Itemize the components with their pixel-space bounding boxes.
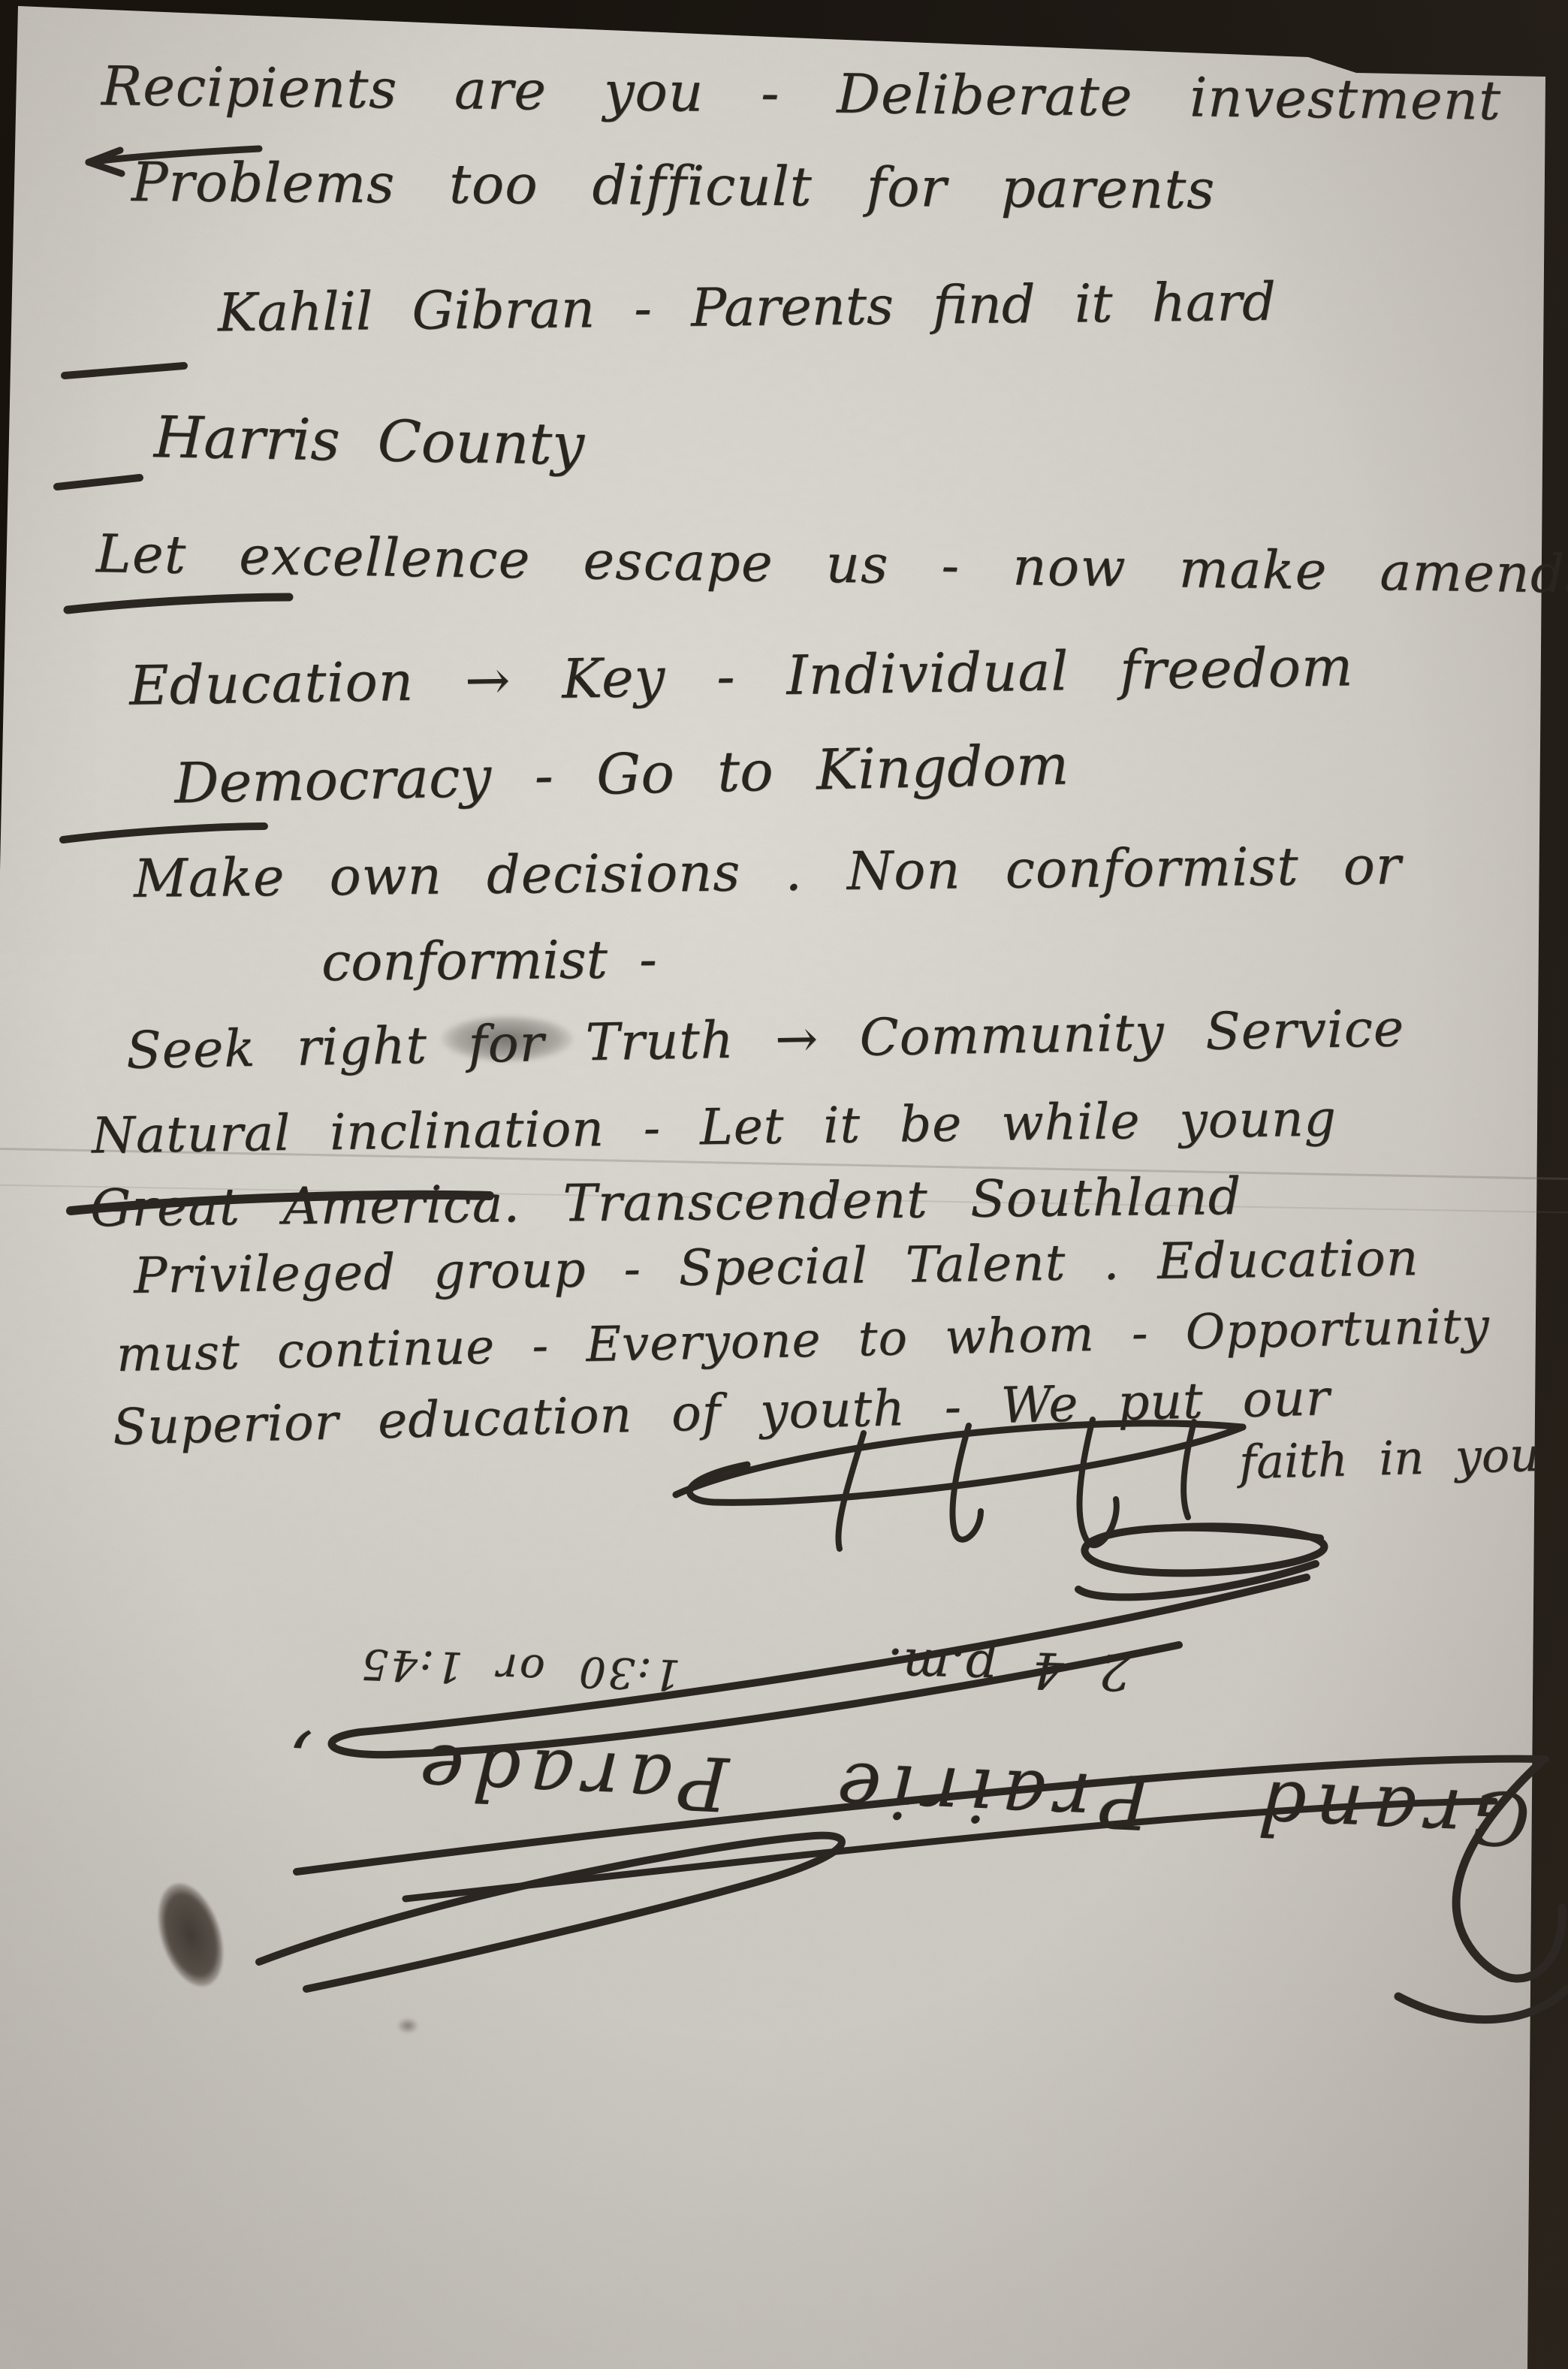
handwritten-line-upside-down: 2 4 p.m. (886, 1637, 1132, 1701)
handwritten-line: conformist - (321, 928, 657, 993)
handwritten-line: Kahlil Gibran - Parents find it hard (218, 271, 1277, 344)
handwritten-line: Problems too difficult for parents (131, 150, 1216, 221)
handwritten-line: faith in you (1238, 1427, 1540, 1489)
photograph-of-handwritten-note: Recipients are you - Deliberate investme… (0, 0, 1568, 2369)
handwritten-line: Great America. Transcendent Southland (90, 1167, 1242, 1239)
ink-speck (397, 2017, 419, 2034)
handwritten-line: Harris County (153, 403, 584, 478)
ink-smudge (442, 1016, 573, 1062)
